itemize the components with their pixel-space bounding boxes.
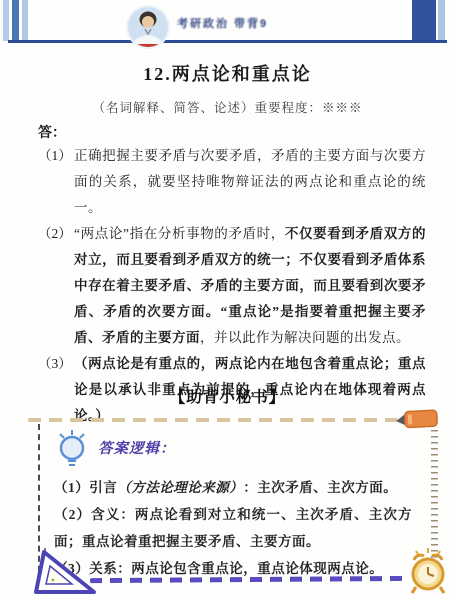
text-segment: （方法论理论来源） (117, 480, 243, 495)
text-segment: （3）关系：两点论包含重点论，重点论体现两点论。 (54, 561, 383, 576)
header-right-navy-block (412, 0, 436, 42)
brand-avatar-icon (126, 5, 170, 49)
alarm-clock-icon (406, 546, 450, 598)
logic-header-row: 答案逻辑： (54, 428, 412, 470)
secret-book-line: （2）含义：两点论看到对立和统一、主次矛盾、主次方面；重点论着重把握主要矛盾、主… (54, 501, 412, 555)
secret-book-heading: 【助背小秘书】 (0, 385, 455, 407)
brand-logo-text: 考研政治 带背9 (177, 15, 268, 31)
purple-dashed-border (90, 576, 408, 583)
paragraph-text: 正确把握主要矛盾与次要矛盾，矛盾的主要方面与次要方面的关系，就要坚持唯物辩证法的… (74, 143, 426, 221)
paragraph-number: （1） (38, 143, 74, 169)
answer-logic-label: 答案逻辑： (98, 437, 176, 458)
secret-book-line: （1）引言（方法论理论来源）：主次矛盾、主次方面。 (54, 474, 412, 501)
paragraph-text: “两点论”指在分析事物的矛盾时，不仅要看到矛盾双方的对立，而且要看到矛盾双方的统… (74, 221, 426, 351)
light-bulb-icon (54, 428, 90, 468)
secret-book-lines: （1）引言（方法论理论来源）：主次矛盾、主次方面。（2）含义：两点论看到对立和统… (54, 474, 412, 582)
text-segment: ，并以此作为解决问题的出发点。 (200, 330, 410, 345)
paragraph-number: （2） (38, 221, 74, 247)
paragraph-number: （3） (38, 351, 74, 377)
tan-dashed-divider (28, 418, 398, 422)
text-segment: （2）含义：两点论看到对立和统一、主次矛盾、主次方面；重点论着重把握主要矛盾、主… (54, 507, 412, 549)
header-right-stripe-decoration (438, 0, 445, 42)
page-title: 12.两点论和重点论 (0, 60, 455, 86)
triangle-ruler-icon (28, 548, 102, 598)
ruler-tick-decoration (431, 430, 438, 558)
answer-paragraph: （1）正确把握主要矛盾与次要矛盾，矛盾的主要方面与次要方面的关系，就要坚持唯物辩… (38, 143, 426, 221)
text-segment: 正确把握主要矛盾与次要矛盾，矛盾的主要方面与次要方面的关系，就要坚持唯物辩证法的… (74, 148, 426, 215)
answer-label: 答： (38, 122, 66, 142)
text-segment: “两点论”指在分析事物的矛盾时， (74, 226, 285, 241)
text-segment: ：主次矛盾、主次方面。 (243, 480, 397, 495)
document-page: 考研政治 带背9 12.两点论和重点论 （名词解释、简答、论述）重要程度：※※※… (0, 0, 455, 600)
header-left-stripe-decoration (3, 0, 30, 41)
header-divider-line (8, 40, 447, 43)
answer-paragraph: （2）“两点论”指在分析事物的矛盾时，不仅要看到矛盾双方的对立，而且要看到矛盾双… (38, 221, 426, 351)
page-subtitle: （名词解释、简答、论述）重要程度：※※※ (0, 98, 455, 116)
text-segment: （1）引言 (54, 480, 117, 495)
